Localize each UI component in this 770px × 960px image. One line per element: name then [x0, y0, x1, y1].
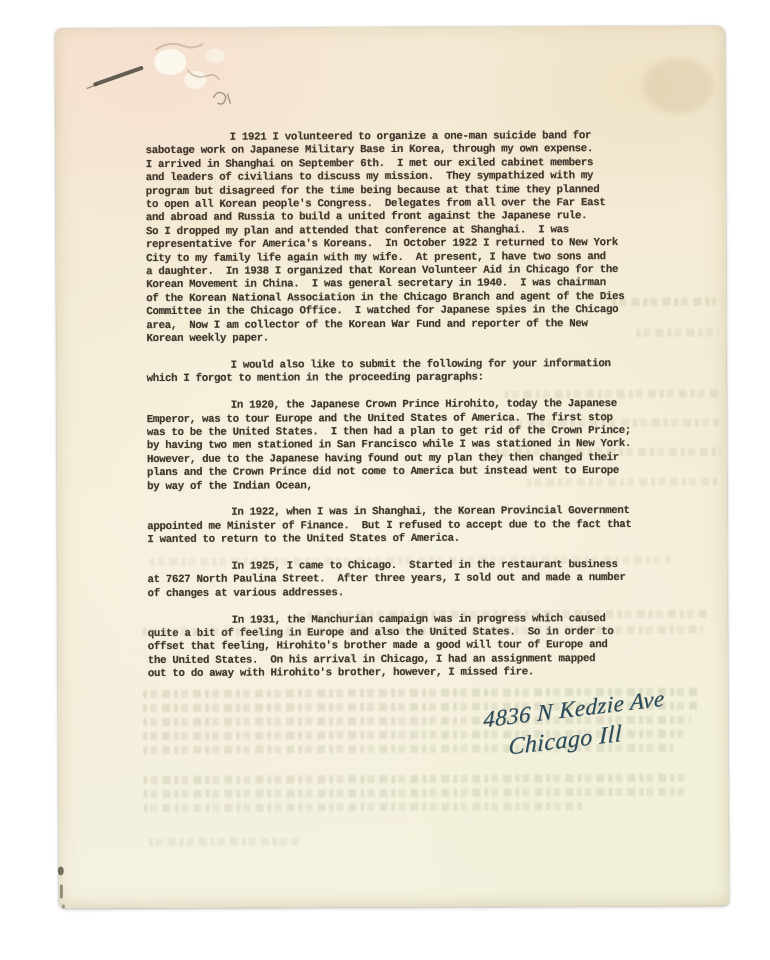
bleedthrough-line	[143, 774, 688, 784]
bleedthrough-line	[143, 802, 583, 812]
bleedthrough-line	[636, 329, 718, 337]
smudge-stain	[643, 58, 713, 114]
bleedthrough-line	[612, 298, 716, 306]
typed-paragraph-6: In 1931, the Manchurian campaign was in …	[148, 612, 693, 681]
bleedthrough-line	[509, 419, 719, 428]
document-page: I 1921 I volunteered to organize a one-m…	[55, 26, 729, 909]
typed-paragraph-1: I 1921 I volunteered to organize a one-m…	[146, 130, 692, 347]
typed-paragraph-2: I would also like to submit the followin…	[147, 358, 692, 387]
pencil-scribble	[67, 35, 297, 146]
edge-speck	[58, 866, 64, 875]
bleedthrough-line	[495, 448, 721, 457]
typed-paragraph-4: In 1922, when I was in Shanghai, the Kor…	[147, 505, 692, 548]
bleedthrough-line	[143, 788, 688, 798]
scan-background: I 1921 I volunteered to organize a one-m…	[0, 0, 770, 960]
bleedthrough-line	[527, 478, 717, 487]
bleedthrough-line	[505, 390, 719, 399]
edge-speck	[60, 884, 63, 898]
bleedthrough-line	[149, 837, 299, 846]
edge-speck	[62, 904, 65, 908]
